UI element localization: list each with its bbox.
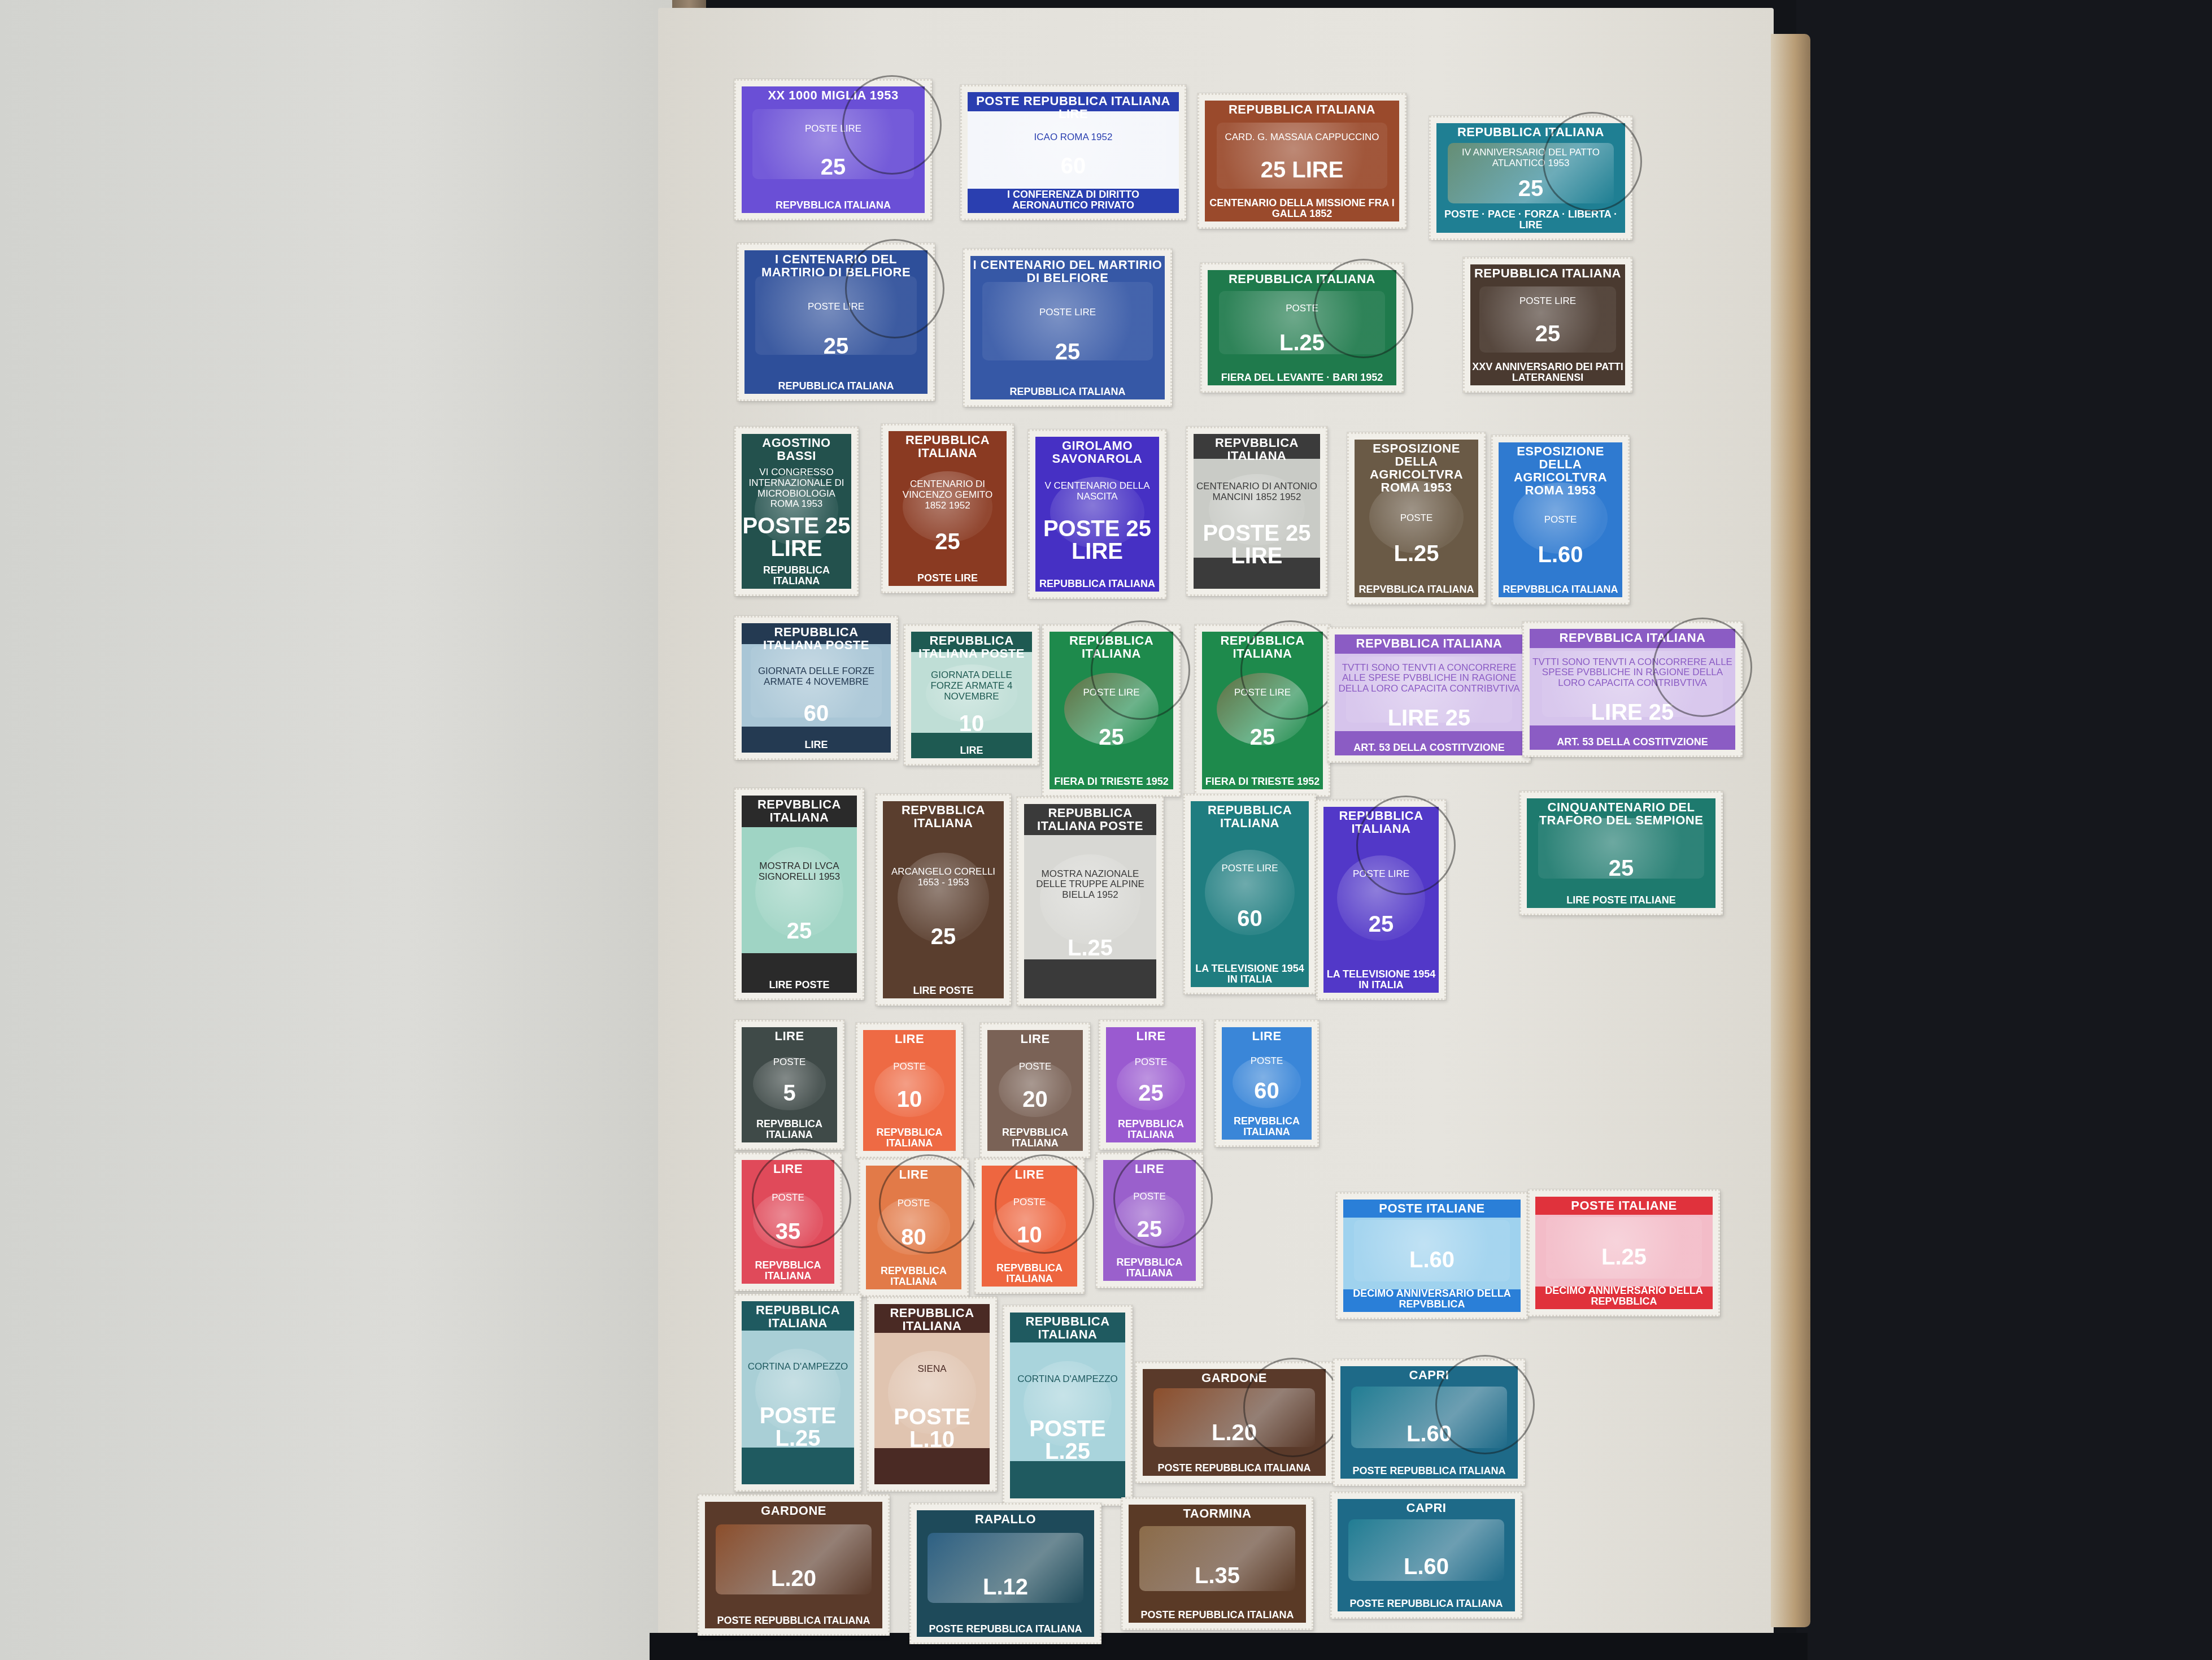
stamp-value: POSTE 25 LIRE bbox=[742, 515, 851, 560]
stamp-face: REPUBBLICA ITALIANA POSTEGIORNATA DELLE … bbox=[742, 623, 891, 753]
stamp-title: LIRE bbox=[772, 1160, 804, 1175]
stamp-title: RAPALLO bbox=[974, 1510, 1037, 1526]
stamp-caption: POSTE bbox=[1248, 1056, 1286, 1067]
stamp-face: ESPOSIZIONE DELLA AGRICOLTVRA ROMA 1953P… bbox=[1499, 442, 1622, 597]
stamp-face: REPVBBLICA ITALIANACENTENARIO DI ANTONIO… bbox=[1194, 434, 1320, 589]
stamp-value: POSTE L.25 bbox=[1010, 1418, 1125, 1463]
stamp-footer: FIERA DI TRIESTE 1952 bbox=[1053, 776, 1169, 789]
stamp-caption: POSTE bbox=[1283, 303, 1321, 314]
stamp-title: CAPRI bbox=[1405, 1499, 1448, 1514]
stamp-face: LIREPOSTE10REPVBBLICA ITALIANA bbox=[982, 1166, 1077, 1287]
stamp-value: L.20 bbox=[771, 1567, 816, 1590]
stamp-footer: REPUBBLICA ITALIANA bbox=[1038, 579, 1156, 592]
stamp-caption: POSTE LIRE bbox=[1517, 296, 1578, 307]
stamp-siracusana-80: LIREPOSTE80REPVBBLICA ITALIANA bbox=[859, 1158, 969, 1297]
stamp-value: 25 bbox=[821, 156, 846, 179]
dark-background bbox=[1796, 0, 2212, 1660]
stamp-gemito: REPUBBLICA ITALIANACENTENARIO DI VINCENZ… bbox=[881, 424, 1014, 593]
stamp-value: 10 bbox=[959, 712, 985, 735]
stamp-footer: FIERA DI TRIESTE 1952 bbox=[1204, 776, 1321, 789]
stamp-footer: REPVBBLICA ITALIANA bbox=[982, 1263, 1077, 1287]
stamp-siena: REPUBBLICA ITALIANASIENAPOSTE L.10 bbox=[867, 1297, 997, 1492]
stamp-footer: REPVBBLICA ITALIANA bbox=[1358, 584, 1475, 597]
stamp-title: ESPOSIZIONE DELLA AGRICOLTVRA ROMA 1953 bbox=[1499, 442, 1622, 497]
stamp-value: L.60 bbox=[1404, 1555, 1449, 1578]
stamp-gardone-1: GARDONEL.20POSTE REPUBBLICA ITALIANA bbox=[1135, 1362, 1333, 1483]
stamp-value: L.60 bbox=[1407, 1423, 1452, 1445]
stamp-mancini: REPVBBLICA ITALIANACENTENARIO DI ANTONIO… bbox=[1186, 427, 1327, 596]
stamp-siracusana-60: LIREPOSTE60REPVBBLICA ITALIANA bbox=[1214, 1020, 1319, 1147]
stamp-truppe-alpine: REPUBBLICA ITALIANA POSTEMOSTRA NAZIONAL… bbox=[1017, 797, 1164, 1006]
stamp-cortina-2: REPUBBLICA ITALIANACORTINA D'AMPEZZOPOST… bbox=[1003, 1305, 1133, 1506]
stamp-value: 25 bbox=[824, 335, 849, 358]
stamp-footer: REPVBBLICA ITALIANA bbox=[1222, 1116, 1312, 1140]
stamp-footer: XXV ANNIVERSARIO DEI PATTI LATERANENSI bbox=[1470, 362, 1625, 385]
stamp-footer: LIRE POSTE ITALIANE bbox=[1565, 895, 1677, 908]
stamp-face: REPUBBLICA ITALIANASIENAPOSTE L.10 bbox=[874, 1304, 990, 1484]
stamp-bassi: AGOSTINO BASSIVI CONGRESSO INTERNAZIONAL… bbox=[734, 427, 859, 596]
stamp-caption: POSTE LIRE bbox=[1232, 688, 1293, 698]
stamp-title: REPUBBLICA ITALIANA POSTE bbox=[1024, 804, 1156, 832]
stamp-face: REPVBBLICA ITALIANAARCANGELO CORELLI 165… bbox=[883, 801, 1004, 998]
stamp-patti-lateranensi: REPUBBLICA ITALIANAPOSTE LIRE25XXV ANNIV… bbox=[1463, 257, 1632, 393]
stamp-footer: LIRE POSTE bbox=[912, 985, 974, 998]
stamp-siracusana-25b: LIREPOSTE25REPVBBLICA ITALIANA bbox=[1096, 1153, 1203, 1288]
stamp-footer: LIRE bbox=[959, 745, 984, 758]
stamp-face: REPUBBLICA ITALIANACARD. G. MASSAIA CAPP… bbox=[1205, 101, 1399, 221]
stamp-caption: TVTTI SONO TENVTI A CONCORRERE ALLE SPES… bbox=[1335, 663, 1523, 694]
stamp-footer bbox=[931, 1482, 933, 1484]
stamp-caption: POSTE bbox=[1017, 1062, 1054, 1072]
stamp-siracusana-35: LIREPOSTE35REPVBBLICA ITALIANA bbox=[734, 1153, 842, 1291]
stamp-value: 25 bbox=[1518, 177, 1544, 200]
stamp-face: REPUBBLICA ITALIANAPOSTE LIRE25FIERA DI … bbox=[1202, 632, 1323, 789]
stamp-face: LIREPOSTE80REPVBBLICA ITALIANA bbox=[866, 1166, 961, 1289]
stamp-face: REPUBBLICA ITALIANAPOSTE LIRE25FIERA DI … bbox=[1050, 632, 1173, 789]
stamp-icao-roma: POSTE REPUBBLICA ITALIANA LIREICAO ROMA … bbox=[960, 85, 1186, 220]
stamp-value: 25 bbox=[1369, 913, 1394, 936]
stamp-footer bbox=[1089, 996, 1091, 998]
stamp-footer: REPUBBLICA ITALIANA bbox=[777, 381, 895, 394]
stamp-footer: POSTE · PACE · FORZA · LIBERTA · LIRE bbox=[1436, 209, 1625, 233]
stamp-value: 25 bbox=[1535, 323, 1561, 345]
stamp-title: REPVBBLICA ITALIANA bbox=[742, 796, 857, 824]
stamp-value: 60 bbox=[1254, 1080, 1279, 1102]
stamp-caption: CENTENARIO DI ANTONIO MANCINI 1852 1952 bbox=[1194, 481, 1320, 502]
stamp-siracusana-20: LIREPOSTE20REPVBBLICA ITALIANA bbox=[980, 1023, 1090, 1158]
stamp-caption: TVTTI SONO TENVTI A CONCORRERE ALLE SPES… bbox=[1530, 657, 1735, 689]
stamp-value: 25 LIRE bbox=[1261, 159, 1344, 181]
stamp-title: REPUBBLICA ITALIANA bbox=[1191, 801, 1309, 829]
stamp-face: REPUBBLICA ITALIANAIV ANNIVERSARIO DEL P… bbox=[1436, 123, 1625, 233]
stamp-face: LIREPOSTE10REPVBBLICA ITALIANA bbox=[863, 1030, 956, 1151]
stamp-value: POSTE L.25 bbox=[742, 1405, 854, 1450]
stamp-value: 25 bbox=[1609, 857, 1634, 880]
stamp-caption: POSTE bbox=[895, 1198, 933, 1209]
stamp-footer: REPVBBLICA ITALIANA bbox=[863, 1127, 956, 1151]
stamp-title: REPUBBLICA ITALIANA bbox=[1456, 123, 1605, 138]
stamp-value: 5 bbox=[783, 1082, 795, 1105]
stamp-value: 60 bbox=[1061, 155, 1086, 177]
stamp-title: XX 1000 MIGLIA 1953 bbox=[767, 86, 899, 102]
stamp-title: LIRE bbox=[1134, 1160, 1165, 1175]
stamp-trieste-1: REPUBBLICA ITALIANAPOSTE LIRE25FIERA DI … bbox=[1042, 624, 1181, 797]
stamp-title: LIRE bbox=[898, 1166, 929, 1181]
stamp-value: 25 bbox=[1138, 1082, 1164, 1105]
stamp-face: REPVBBLICA ITALIANATVTTI SONO TENVTI A C… bbox=[1335, 635, 1523, 755]
stamp-face: REPUBBLICA ITALIANAPOSTE LIRE60LA TELEVI… bbox=[1191, 801, 1309, 987]
stamp-forze-armate-60: REPUBBLICA ITALIANA POSTEGIORNATA DELLE … bbox=[734, 616, 898, 760]
stamp-footer: LIRE POSTE bbox=[768, 980, 830, 993]
stamp-footer: POSTE REPUBBLICA ITALIANA bbox=[928, 1624, 1083, 1637]
stamp-face: GARDONEL.20POSTE REPUBBLICA ITALIANA bbox=[1143, 1369, 1326, 1476]
stamp-face: POSTE REPUBBLICA ITALIANA LIREICAO ROMA … bbox=[968, 92, 1179, 213]
stamp-value: 10 bbox=[897, 1088, 922, 1111]
stamp-caption: GIORNATA DELLE FORZE ARMATE 4 NOVEMBRE bbox=[742, 666, 891, 687]
stamp-footer: REPVBBLICA ITALIANA bbox=[1103, 1257, 1196, 1281]
stamp-value: L.25 bbox=[1279, 332, 1325, 354]
stamp-title: LIRE bbox=[1019, 1030, 1051, 1045]
stamp-title: ESPOSIZIONE DELLA AGRICOLTVRA ROMA 1953 bbox=[1355, 440, 1478, 494]
stamp-title: POSTE REPUBBLICA ITALIANA LIRE bbox=[968, 92, 1179, 120]
stamp-face: REPUBBLICA ITALIANACORTINA D'AMPEZZOPOST… bbox=[742, 1301, 854, 1484]
stamp-sempione: CINQUANTENARIO DEL TRAFORO DEL SEMPIONE2… bbox=[1519, 791, 1723, 915]
stamp-title: I CENTENARIO DEL MARTIRIO DI BELFIORE bbox=[744, 250, 928, 279]
stamp-title: REPUBBLICA ITALIANA bbox=[1010, 1313, 1125, 1341]
stamp-value: 60 bbox=[1237, 907, 1262, 930]
stamp-footer: POSTE REPUBBLICA ITALIANA bbox=[1156, 1463, 1312, 1476]
stamp-title: POSTE ITALIANE bbox=[1570, 1197, 1678, 1212]
stamp-caption: CORTINA D'AMPEZZO bbox=[746, 1362, 851, 1372]
stamp-footer: POSTE REPUBBLICA ITALIANA bbox=[1139, 1610, 1295, 1623]
stamp-footer: REPVBBLICA ITALIANA bbox=[1106, 1119, 1196, 1142]
stamp-capri-2: CAPRIL.60POSTE REPUBBLICA ITALIANA bbox=[1330, 1492, 1522, 1619]
stamp-caption: CENTENARIO DI VINCENZO GEMITO 1852 1952 bbox=[889, 479, 1007, 511]
stamp-face: GIROLAMO SAVONAROLAV CENTENARIO DELLA NA… bbox=[1035, 437, 1159, 592]
stamp-caption: POSTE bbox=[1398, 513, 1435, 524]
stamp-footer bbox=[797, 1482, 799, 1484]
stamp-title: REPUBBLICA ITALIANA bbox=[1227, 101, 1377, 116]
stamp-footer: DECIMO ANNIVERSARIO DELLA REPVBBLICA bbox=[1343, 1288, 1521, 1312]
stamp-caption: ARCANGELO CORELLI 1653 - 1953 bbox=[883, 867, 1004, 888]
stamp-footer: LIRE bbox=[803, 740, 829, 753]
stamp-artwork bbox=[993, 1197, 1065, 1253]
stamp-patto-atlantico: REPUBBLICA ITALIANAIV ANNIVERSARIO DEL P… bbox=[1429, 116, 1632, 240]
stamp-caption: POSTE bbox=[1011, 1197, 1048, 1208]
stamp-televisione-25: REPUBBLICA ITALIANAPOSTE LIRE25LA TELEVI… bbox=[1316, 799, 1446, 1000]
stamp-corelli: REPVBBLICA ITALIANAARCANGELO CORELLI 165… bbox=[876, 794, 1011, 1006]
stamp-belfiore-2: I CENTENARIO DEL MARTIRIO DI BELFIOREPOS… bbox=[963, 249, 1172, 407]
stamp-signorelli: REPVBBLICA ITALIANAMOSTRA DI LVCA SIGNOR… bbox=[734, 788, 864, 1000]
stamp-footer: DECIMO ANNIVERSARIO DELLA REPVBBLICA bbox=[1535, 1285, 1713, 1309]
stamp-siracusana-25: LIREPOSTE25REPVBBLICA ITALIANA bbox=[1099, 1020, 1203, 1150]
stamp-footer: REPVBBLICA ITALIANA bbox=[1502, 584, 1619, 597]
stamp-face: LIREPOSTE25REPVBBLICA ITALIANA bbox=[1103, 1160, 1196, 1281]
stamp-title: REPUBBLICA ITALIANA bbox=[1202, 632, 1323, 660]
stamp-value: 60 bbox=[804, 702, 829, 725]
stamp-face: CINQUANTENARIO DEL TRAFORO DEL SEMPIONE2… bbox=[1527, 798, 1715, 908]
stamp-forze-armate-10: REPUBBLICA ITALIANA POSTEGIORNATA DELLE … bbox=[904, 624, 1039, 766]
stamp-value: 35 bbox=[776, 1220, 801, 1243]
stamp-tasse-1: REPVBBLICA ITALIANATVTTI SONO TENVTI A C… bbox=[1327, 627, 1531, 763]
stamp-face: POSTE ITALIANEL.25DECIMO ANNIVERSARIO DE… bbox=[1535, 1197, 1713, 1309]
stamp-belfiore-1: I CENTENARIO DEL MARTIRIO DI BELFIOREPOS… bbox=[737, 243, 935, 401]
stamp-title: CAPRI bbox=[1408, 1366, 1451, 1381]
stamp-title: REPVBBLICA ITALIANA bbox=[1355, 635, 1504, 650]
stamp-caption: POSTE bbox=[769, 1193, 807, 1203]
stamp-value: 25 bbox=[1099, 726, 1124, 749]
stamp-mille-miglia: XX 1000 MIGLIA 1953POSTE LIRE25REPVBBLIC… bbox=[734, 79, 932, 220]
stamp-footer: REPVBBLICA ITALIANA bbox=[866, 1266, 961, 1289]
stamp-footer: I CONFERENZA DI DIRITTO AERONAUTICO PRIV… bbox=[968, 189, 1179, 213]
stamp-agricoltura-25: ESPOSIZIONE DELLA AGRICOLTVRA ROMA 1953P… bbox=[1347, 432, 1486, 605]
stamp-title: TAORMINA bbox=[1182, 1505, 1253, 1520]
stamp-title: GIROLAMO SAVONAROLA bbox=[1035, 437, 1159, 465]
stamp-face: LIREPOSTE25REPVBBLICA ITALIANA bbox=[1106, 1027, 1196, 1142]
stamp-caption: VI CONGRESSO INTERNAZIONALE DI MICROBIOL… bbox=[742, 467, 851, 510]
stamp-value: 25 bbox=[1137, 1218, 1162, 1241]
stamp-footer: POSTE REPUBBLICA ITALIANA bbox=[1348, 1598, 1504, 1611]
stamp-caption: POSTE bbox=[1542, 515, 1579, 525]
stamp-title: LIRE bbox=[1251, 1027, 1282, 1042]
stamp-value: LIRE 25 bbox=[1591, 701, 1674, 724]
stamp-value: 80 bbox=[901, 1226, 926, 1249]
stamp-artwork bbox=[753, 1192, 824, 1249]
stamp-title: REPUBBLICA ITALIANA bbox=[889, 431, 1007, 459]
stamp-title: REPUBBLICA ITALIANA bbox=[874, 1304, 990, 1332]
stamp-face: LIREPOSTE60REPVBBLICA ITALIANA bbox=[1222, 1027, 1312, 1140]
stamp-title: AGOSTINO BASSI bbox=[742, 434, 851, 462]
stamp-title: LIRE bbox=[1135, 1027, 1166, 1042]
stamp-value: 25 bbox=[1250, 726, 1275, 749]
stamp-footer: POSTE REPUBBLICA ITALIANA bbox=[716, 1615, 871, 1628]
stamp-face: REPUBBLICA ITALIANACORTINA D'AMPEZZOPOST… bbox=[1010, 1313, 1125, 1498]
stamp-title: REPUBBLICA ITALIANA bbox=[1050, 632, 1173, 660]
stamp-footer: REPVBBLICA ITALIANA bbox=[987, 1127, 1083, 1151]
stamp-title: GARDONE bbox=[760, 1502, 828, 1517]
stamp-siracusana-10: LIREPOSTE10REPVBBLICA ITALIANA bbox=[856, 1023, 963, 1158]
stamp-face: REPVBBLICA ITALIANATVTTI SONO TENVTI A C… bbox=[1530, 629, 1735, 750]
stamp-value: 25 bbox=[787, 920, 812, 942]
page-edge bbox=[1771, 34, 1810, 1627]
stamp-title: LIRE bbox=[773, 1027, 805, 1042]
stamp-caption: ICAO ROMA 1952 bbox=[1032, 132, 1115, 143]
stamp-capri-1: CAPRIL.60POSTE REPUBBLICA ITALIANA bbox=[1333, 1359, 1525, 1486]
stamp-face: RAPALLOL.12POSTE REPUBBLICA ITALIANA bbox=[917, 1510, 1094, 1637]
stamp-face: REPUBBLICA ITALIANA POSTEMOSTRA NAZIONAL… bbox=[1024, 804, 1156, 998]
stamp-footer: REPVBBLICA ITALIANA bbox=[742, 1119, 837, 1142]
stamp-value: 25 bbox=[1055, 341, 1081, 363]
stamp-decimo-25: POSTE ITALIANEL.25DECIMO ANNIVERSARIO DE… bbox=[1528, 1189, 1720, 1316]
stamp-trieste-2: REPUBBLICA ITALIANAPOSTE LIRE25FIERA DI … bbox=[1195, 624, 1330, 797]
stamp-value: L.12 bbox=[983, 1576, 1028, 1598]
left-album-page bbox=[0, 0, 678, 1660]
stamp-value: POSTE L.10 bbox=[874, 1406, 990, 1451]
stamp-title: REPVBBLICA ITALIANA bbox=[1558, 629, 1707, 644]
stamp-title: REPUBBLICA ITALIANA bbox=[742, 1301, 854, 1329]
stamp-face: REPUBBLICA ITALIANACENTENARIO DI VINCENZ… bbox=[889, 431, 1007, 586]
stamp-caption: IV ANNIVERSARIO DEL PATTO ATLANTICO 1953 bbox=[1436, 147, 1625, 168]
stamp-face: ESPOSIZIONE DELLA AGRICOLTVRA ROMA 1953P… bbox=[1355, 440, 1478, 597]
stamp-face: REPVBBLICA ITALIANAMOSTRA DI LVCA SIGNOR… bbox=[742, 796, 857, 993]
stamp-artwork bbox=[877, 1198, 950, 1255]
stamp-face: GARDONEL.20POSTE REPUBBLICA ITALIANA bbox=[705, 1502, 882, 1628]
stamp-fiera-levante: REPUBBLICA ITALIANAPOSTEL.25FIERA DEL LE… bbox=[1200, 263, 1404, 393]
stamp-value: 25 bbox=[931, 925, 956, 948]
stamp-footer: LA TELEVISIONE 1954 IN ITALIA bbox=[1323, 969, 1439, 993]
stamp-rapallo: RAPALLOL.12POSTE REPUBBLICA ITALIANA bbox=[909, 1503, 1101, 1644]
stamp-title: I CENTENARIO DEL MARTIRIO DI BELFIORE bbox=[970, 256, 1165, 284]
stamp-face: TAORMINAL.35POSTE REPUBBLICA ITALIANA bbox=[1129, 1505, 1306, 1623]
stamp-value: L.25 bbox=[1394, 542, 1439, 565]
stamp-value: L.20 bbox=[1212, 1422, 1257, 1444]
stamp-massaia: REPUBBLICA ITALIANACARD. G. MASSAIA CAPP… bbox=[1198, 93, 1407, 229]
stamp-artwork bbox=[1114, 1192, 1185, 1247]
stamp-caption: MOSTRA DI LVCA SIGNORELLI 1953 bbox=[742, 861, 857, 882]
stamp-footer bbox=[1256, 586, 1258, 589]
stamp-savonarola: GIROLAMO SAVONAROLAV CENTENARIO DELLA NA… bbox=[1028, 429, 1166, 599]
stamp-value: 25 bbox=[935, 531, 960, 553]
stamp-taormina: TAORMINAL.35POSTE REPUBBLICA ITALIANA bbox=[1121, 1497, 1313, 1630]
stamp-title: REPUBBLICA ITALIANA POSTE bbox=[911, 632, 1032, 660]
stamp-title: LIRE bbox=[894, 1030, 925, 1045]
stamp-siracusana-5: LIREPOSTE5REPVBBLICA ITALIANA bbox=[734, 1020, 844, 1150]
stamp-value: POSTE 25 LIRE bbox=[1194, 522, 1320, 567]
stamp-face: I CENTENARIO DEL MARTIRIO DI BELFIOREPOS… bbox=[744, 250, 928, 394]
stamp-value: L.60 bbox=[1538, 544, 1583, 566]
stamp-face: REPUBBLICA ITALIANAPOSTEL.25FIERA DEL LE… bbox=[1208, 270, 1396, 385]
stamp-decimo-60: POSTE ITALIANEL.60DECIMO ANNIVERSARIO DE… bbox=[1336, 1192, 1528, 1319]
stamp-value: L.35 bbox=[1195, 1565, 1240, 1587]
stamp-value: POSTE 25 LIRE bbox=[1035, 518, 1159, 563]
stamp-value: L.60 bbox=[1409, 1249, 1455, 1271]
stamp-caption: POSTE bbox=[1133, 1057, 1170, 1068]
stamp-title: REPUBBLICA ITALIANA bbox=[1323, 807, 1439, 835]
stamp-face: AGOSTINO BASSIVI CONGRESSO INTERNAZIONAL… bbox=[742, 434, 851, 589]
stamp-siracusana-10b: LIREPOSTE10REPVBBLICA ITALIANA bbox=[974, 1158, 1085, 1294]
stamp-caption: POSTE bbox=[1131, 1192, 1168, 1202]
stamp-caption: POSTE LIRE bbox=[1351, 869, 1412, 880]
stamp-face: LIREPOSTE5REPVBBLICA ITALIANA bbox=[742, 1027, 837, 1142]
stamp-footer: LA TELEVISIONE 1954 IN ITALIA bbox=[1191, 963, 1309, 987]
bottom-shadow bbox=[650, 1633, 1808, 1660]
stamp-caption: CARD. G. MASSAIA CAPPUCCINO bbox=[1223, 132, 1382, 143]
stamp-value: L.25 bbox=[1601, 1246, 1647, 1268]
stamp-footer: CENTENARIO DELLA MISSIONE FRA I GALLA 18… bbox=[1205, 198, 1399, 221]
stamp-title: LIRE bbox=[1013, 1166, 1045, 1181]
stamp-face: XX 1000 MIGLIA 1953POSTE LIRE25REPVBBLIC… bbox=[742, 86, 925, 213]
stamp-caption: POSTE LIRE bbox=[803, 124, 864, 134]
stamp-title: POSTE ITALIANE bbox=[1378, 1200, 1486, 1215]
stamp-title: CINQUANTENARIO DEL TRAFORO DEL SEMPIONE bbox=[1527, 798, 1715, 827]
stamp-value: LIRE 25 bbox=[1388, 707, 1471, 729]
stamp-face: I CENTENARIO DEL MARTIRIO DI BELFIOREPOS… bbox=[970, 256, 1165, 399]
stamp-face: CAPRIL.60POSTE REPUBBLICA ITALIANA bbox=[1340, 1366, 1518, 1479]
stamp-footer: REPUBBLICA ITALIANA bbox=[1009, 386, 1127, 399]
stamp-value: 20 bbox=[1022, 1088, 1048, 1111]
stamp-value: 10 bbox=[1017, 1224, 1042, 1246]
stamp-tasse-2: REPVBBLICA ITALIANATVTTI SONO TENVTI A C… bbox=[1522, 622, 1743, 757]
stamp-title: GARDONE bbox=[1200, 1369, 1268, 1384]
stamp-footer: REPVBBLICA ITALIANA bbox=[774, 200, 892, 213]
stamp-caption: CORTINA D'AMPEZZO bbox=[1015, 1374, 1120, 1385]
stamp-caption: POSTE bbox=[771, 1057, 808, 1068]
stamp-caption: POSTE bbox=[891, 1062, 928, 1072]
stamp-caption: POSTE LIRE bbox=[1219, 863, 1280, 874]
stamp-caption: SIENA bbox=[915, 1364, 948, 1375]
stamp-cortina-1: REPUBBLICA ITALIANACORTINA D'AMPEZZOPOST… bbox=[734, 1294, 861, 1492]
stamp-footer: ART. 53 DELLA COSTITVZIONE bbox=[1352, 742, 1505, 755]
stamp-title: REPVBBLICA ITALIANA bbox=[1194, 434, 1320, 462]
stamp-caption: POSTE LIRE bbox=[1081, 688, 1142, 698]
stamp-title: REPUBBLICA ITALIANA bbox=[1227, 270, 1377, 285]
stamp-footer: REPUBBLICA ITALIANA bbox=[742, 565, 851, 589]
stamp-face: LIREPOSTE20REPVBBLICA ITALIANA bbox=[987, 1030, 1083, 1151]
stamp-footer: ART. 53 DELLA COSTITVZIONE bbox=[1556, 737, 1709, 750]
stamp-face: CAPRIL.60POSTE REPUBBLICA ITALIANA bbox=[1338, 1499, 1515, 1611]
stamp-footer: REPVBBLICA ITALIANA bbox=[742, 1260, 834, 1284]
stamp-caption: POSTE LIRE bbox=[1037, 307, 1098, 318]
stamp-footer: FIERA DEL LEVANTE · BARI 1952 bbox=[1220, 372, 1384, 385]
stamp-face: REPUBBLICA ITALIANAPOSTE LIRE25XXV ANNIV… bbox=[1470, 264, 1625, 385]
stamp-title: REPUBBLICA ITALIANA bbox=[1473, 264, 1622, 280]
stamp-face: POSTE ITALIANEL.60DECIMO ANNIVERSARIO DE… bbox=[1343, 1200, 1521, 1312]
stamp-televisione-60: REPUBBLICA ITALIANAPOSTE LIRE60LA TELEVI… bbox=[1183, 794, 1316, 994]
stamp-caption: MOSTRA NAZIONALE DELLE TRUPPE ALPINE BIE… bbox=[1024, 869, 1156, 901]
stamp-face: REPUBBLICA ITALIANAPOSTE LIRE25LA TELEVI… bbox=[1323, 807, 1439, 993]
stamp-title: REPUBBLICA ITALIANA POSTE bbox=[742, 623, 891, 651]
stamp-footer: POSTE REPUBBLICA ITALIANA bbox=[1351, 1466, 1506, 1479]
stamp-footer bbox=[1066, 1496, 1069, 1498]
stamp-value: L.25 bbox=[1068, 937, 1113, 959]
stamp-face: LIREPOSTE35REPVBBLICA ITALIANA bbox=[742, 1160, 834, 1284]
stamp-gardone-2: GARDONEL.20POSTE REPUBBLICA ITALIANA bbox=[698, 1494, 890, 1636]
stamp-footer: POSTE LIRE bbox=[916, 573, 979, 586]
stamp-caption: GIORNATA DELLE FORZE ARMATE 4 NOVEMBRE bbox=[911, 670, 1032, 702]
stamp-title: REPVBBLICA ITALIANA bbox=[883, 801, 1004, 829]
stamp-caption: POSTE LIRE bbox=[805, 302, 866, 312]
stamp-caption: V CENTENARIO DELLA NASCITA bbox=[1035, 481, 1159, 502]
stamp-face: REPUBBLICA ITALIANA POSTEGIORNATA DELLE … bbox=[911, 632, 1032, 758]
stamp-agricoltura-60: ESPOSIZIONE DELLA AGRICOLTVRA ROMA 1953P… bbox=[1491, 435, 1630, 605]
